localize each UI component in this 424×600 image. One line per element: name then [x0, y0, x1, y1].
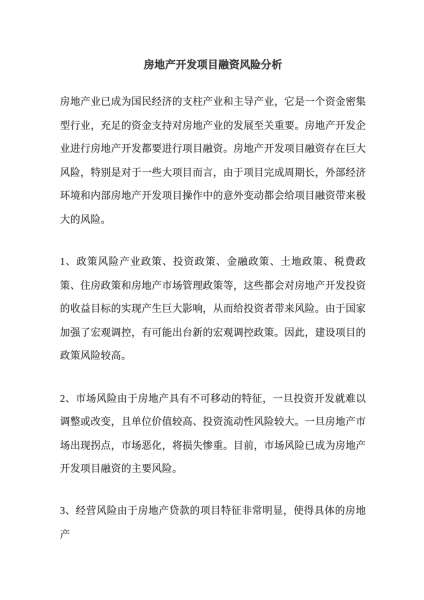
- document-content: 房地产开发项目融资风险分析 房地产业已成为国民经济的支柱产业和主导产业，它是一个…: [0, 0, 424, 548]
- paragraph-operating-risk: 3、经营风险由于房地产贷款的项目特征非常明显，使得具体的房地产: [60, 500, 366, 547]
- paragraph-market-risk: 2、市场风险由于房地产具有不可移动的特征，一旦投资开发就难以调整或改变，且单位价…: [60, 388, 366, 482]
- paragraph-policy-risk: 1、政策风险产业政策、投资政策、金融政策、土地政策、税费政策、住房政策和房地产市…: [60, 251, 366, 369]
- document-title: 房地产开发项目融资风险分析: [60, 58, 366, 74]
- paragraph-intro: 房地产业已成为国民经济的支柱产业和主导产业，它是一个资金密集型行业，充足的资金支…: [60, 91, 366, 233]
- document-page: 房地产开发项目融资风险分析 房地产业已成为国民经济的支柱产业和主导产业，它是一个…: [0, 0, 424, 600]
